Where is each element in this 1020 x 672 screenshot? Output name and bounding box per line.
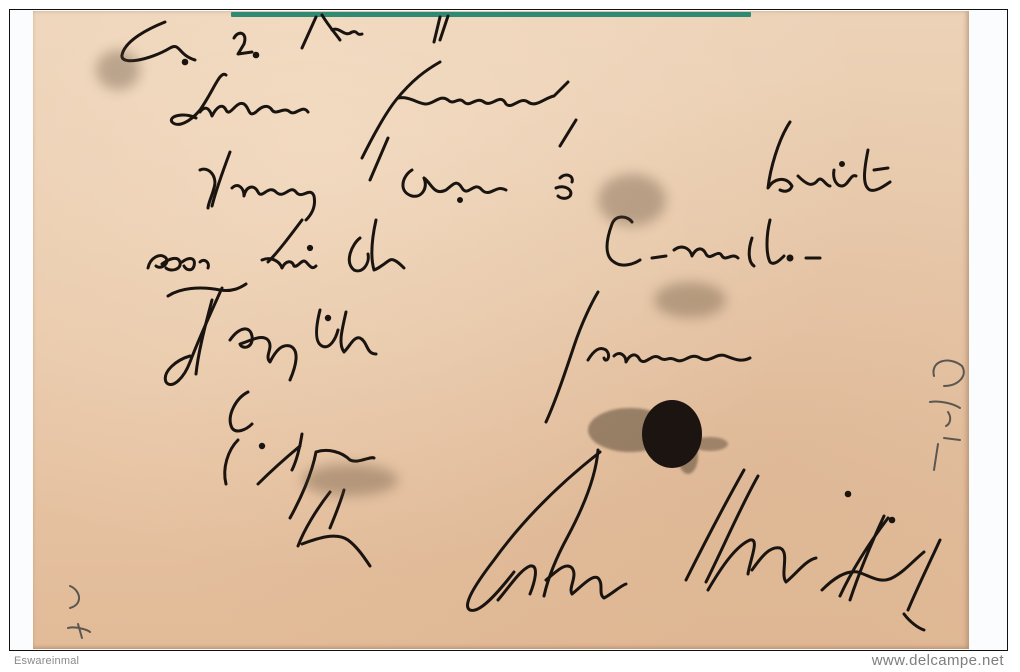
date-line-strokes [122, 15, 448, 64]
pencil-notes [68, 361, 964, 638]
site-watermark: www.delcampe.net [872, 652, 1004, 669]
line1-strokes [200, 122, 890, 220]
handwriting-layer [0, 0, 1020, 672]
signature-strokes [467, 450, 940, 630]
seller-watermark: Eswareinmal [14, 655, 79, 667]
ink-blot [588, 400, 728, 474]
line2-strokes [148, 217, 820, 271]
salutation-strokes [171, 62, 576, 158]
